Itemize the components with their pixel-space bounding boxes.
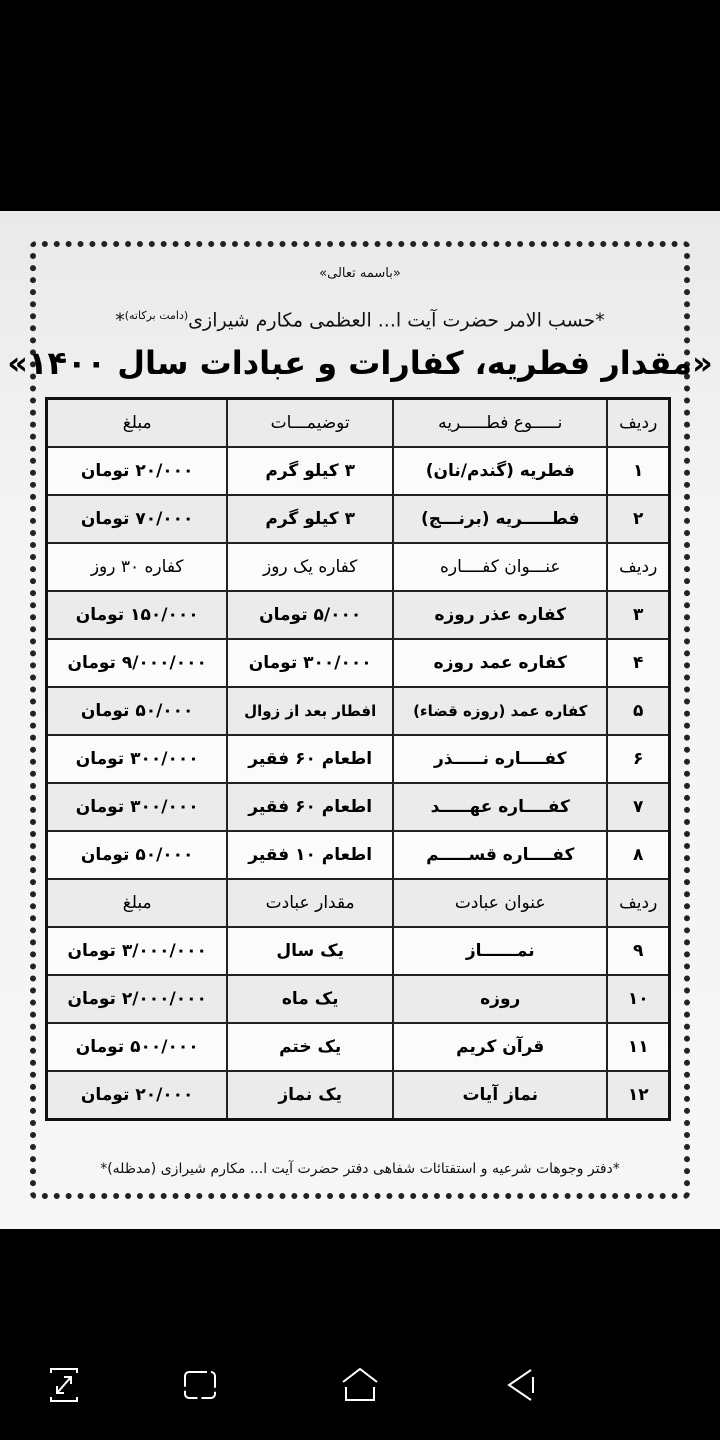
row-title: کفاره عمد روزه	[393, 639, 607, 687]
row-number: ۱	[607, 447, 669, 495]
row-description: افطار بعد از زوال	[227, 687, 393, 735]
row-amount: ۲۰/۰۰۰ تومان	[47, 447, 228, 495]
table-row: ۹ نمــــــاز یک سال ۳/۰۰۰/۰۰۰ تومان	[47, 927, 670, 975]
table-row: ۱۱ قرآن کریم یک ختم ۵۰۰/۰۰۰ تومان	[47, 1023, 670, 1071]
table-row: ۸ کفــــاره قســـــم اطعام ۱۰ فقیر ۵۰/۰۰…	[47, 831, 670, 879]
rotate-screen-button[interactable]	[44, 1365, 84, 1405]
row-description: یک ماه	[227, 975, 393, 1023]
row-title: نماز آیات	[393, 1071, 607, 1120]
row-number: ۱۱	[607, 1023, 669, 1071]
header-cell: کفاره یک روز	[227, 543, 393, 591]
row-number: ۳	[607, 591, 669, 639]
home-button[interactable]	[340, 1365, 380, 1405]
back-icon	[503, 1367, 537, 1403]
footer-note: *دفتر وجوهات شرعیه و استفتائات شفاهی دفت…	[0, 1161, 720, 1177]
document-title: «مقدار فطریه، کفارات و عبادات سال ۱۴۰۰»	[0, 344, 720, 382]
table-row: ۳ کفاره عذر روزه ۵/۰۰۰ تومان ۱۵۰/۰۰۰ توم…	[47, 591, 670, 639]
table-row: ۱ فطریه (گندم/نان) ۳ کیلو گرم ۲۰/۰۰۰ توم…	[47, 447, 670, 495]
header-cell: مبلغ	[47, 399, 228, 448]
rates-table: ردیف نـــــوع فطـــــریه توضیمـــات مبلغ…	[45, 397, 671, 1121]
row-number: ۴	[607, 639, 669, 687]
row-number: ۵	[607, 687, 669, 735]
row-description: ۳۰۰/۰۰۰ تومان	[227, 639, 393, 687]
table-row: ۴ کفاره عمد روزه ۳۰۰/۰۰۰ تومان ۹/۰۰۰/۰۰۰…	[47, 639, 670, 687]
subtitle-honorific: (دامت برکاته)	[125, 309, 188, 322]
back-button[interactable]	[500, 1365, 540, 1405]
row-amount: ۱۵۰/۰۰۰ تومان	[47, 591, 228, 639]
subtitle: *حسب الامر حضرت آیت ا... العظمی مکارم شی…	[0, 309, 720, 331]
row-number: ۱۲	[607, 1071, 669, 1120]
row-description: ۳ کیلو گرم	[227, 495, 393, 543]
row-amount: ۲۰/۰۰۰ تومان	[47, 1071, 228, 1120]
row-description: یک نماز	[227, 1071, 393, 1120]
row-amount: ۹/۰۰۰/۰۰۰ تومان	[47, 639, 228, 687]
rotate-screen-icon	[47, 1365, 81, 1405]
row-amount: ۵۰/۰۰۰ تومان	[47, 831, 228, 879]
table-header-ebadat: ردیف عنوان عبادت مقدار عبادت مبلغ	[47, 879, 670, 927]
row-number: ۸	[607, 831, 669, 879]
row-title: فطـــــریه (برنـــج)	[393, 495, 607, 543]
header-cell: ردیف	[607, 399, 669, 448]
row-amount: ۳/۰۰۰/۰۰۰ تومان	[47, 927, 228, 975]
row-amount: ۳۰۰/۰۰۰ تومان	[47, 783, 228, 831]
recents-icon	[182, 1369, 218, 1401]
row-number: ۶	[607, 735, 669, 783]
row-title: کفاره عذر روزه	[393, 591, 607, 639]
row-number: ۷	[607, 783, 669, 831]
row-amount: ۷۰/۰۰۰ تومان	[47, 495, 228, 543]
table-header-kaffarat: ردیف عنـــوان کفــــاره کفاره یک روز کفا…	[47, 543, 670, 591]
recents-button[interactable]	[180, 1365, 220, 1405]
row-description: ۵/۰۰۰ تومان	[227, 591, 393, 639]
header-cell: ردیف	[607, 879, 669, 927]
subtitle-end: *	[115, 309, 125, 331]
subtitle-text: *حسب الامر حضرت آیت ا... العظمی مکارم شی…	[188, 309, 605, 331]
row-title: نمــــــاز	[393, 927, 607, 975]
home-icon	[341, 1367, 379, 1403]
table-row: ۲ فطـــــریه (برنـــج) ۳ کیلو گرم ۷۰/۰۰۰…	[47, 495, 670, 543]
header-cell: مبلغ	[47, 879, 228, 927]
row-description: اطعام ۱۰ فقیر	[227, 831, 393, 879]
row-title: کفــــاره قســـــم	[393, 831, 607, 879]
header-cell: عنوان عبادت	[393, 879, 607, 927]
row-description: اطعام ۶۰ فقیر	[227, 783, 393, 831]
header-cell: ردیف	[607, 543, 669, 591]
table-row: ۱۰ روزه یک ماه ۲/۰۰۰/۰۰۰ تومان	[47, 975, 670, 1023]
row-description: یک سال	[227, 927, 393, 975]
row-title: کفــــاره نـــــذر	[393, 735, 607, 783]
row-amount: ۵۰/۰۰۰ تومان	[47, 687, 228, 735]
table-row: ۱۲ نماز آیات یک نماز ۲۰/۰۰۰ تومان	[47, 1071, 670, 1120]
row-title: روزه	[393, 975, 607, 1023]
table-row: ۷ کفــــاره عهـــــد اطعام ۶۰ فقیر ۳۰۰/۰…	[47, 783, 670, 831]
row-title: کفــــاره عهـــــد	[393, 783, 607, 831]
row-description: اطعام ۶۰ فقیر	[227, 735, 393, 783]
header-cell: کفاره ۳۰ روز	[47, 543, 228, 591]
header-cell: عنـــوان کفــــاره	[393, 543, 607, 591]
invocation-heading: «باسمه تعالی»	[0, 266, 720, 281]
row-number: ۲	[607, 495, 669, 543]
row-amount: ۵۰۰/۰۰۰ تومان	[47, 1023, 228, 1071]
row-title: قرآن کریم	[393, 1023, 607, 1071]
header-cell: نـــــوع فطـــــریه	[393, 399, 607, 448]
row-title: فطریه (گندم/نان)	[393, 447, 607, 495]
table-header-fitra: ردیف نـــــوع فطـــــریه توضیمـــات مبلغ	[47, 399, 670, 448]
row-title: کفاره عمد (روزه قضاء)	[393, 687, 607, 735]
system-navigation-bar	[0, 1355, 720, 1435]
table-row: ۵ کفاره عمد (روزه قضاء) افطار بعد از زوا…	[47, 687, 670, 735]
row-description: یک ختم	[227, 1023, 393, 1071]
row-number: ۹	[607, 927, 669, 975]
header-cell: توضیمـــات	[227, 399, 393, 448]
top-black-bar	[0, 0, 720, 211]
row-amount: ۳۰۰/۰۰۰ تومان	[47, 735, 228, 783]
header-cell: مقدار عبادت	[227, 879, 393, 927]
row-description: ۳ کیلو گرم	[227, 447, 393, 495]
document-image: «باسمه تعالی» *حسب الامر حضرت آیت ا... ا…	[0, 211, 720, 1229]
row-number: ۱۰	[607, 975, 669, 1023]
paper-background: «باسمه تعالی» *حسب الامر حضرت آیت ا... ا…	[0, 211, 720, 1229]
table-row: ۶ کفــــاره نـــــذر اطعام ۶۰ فقیر ۳۰۰/۰…	[47, 735, 670, 783]
row-amount: ۲/۰۰۰/۰۰۰ تومان	[47, 975, 228, 1023]
